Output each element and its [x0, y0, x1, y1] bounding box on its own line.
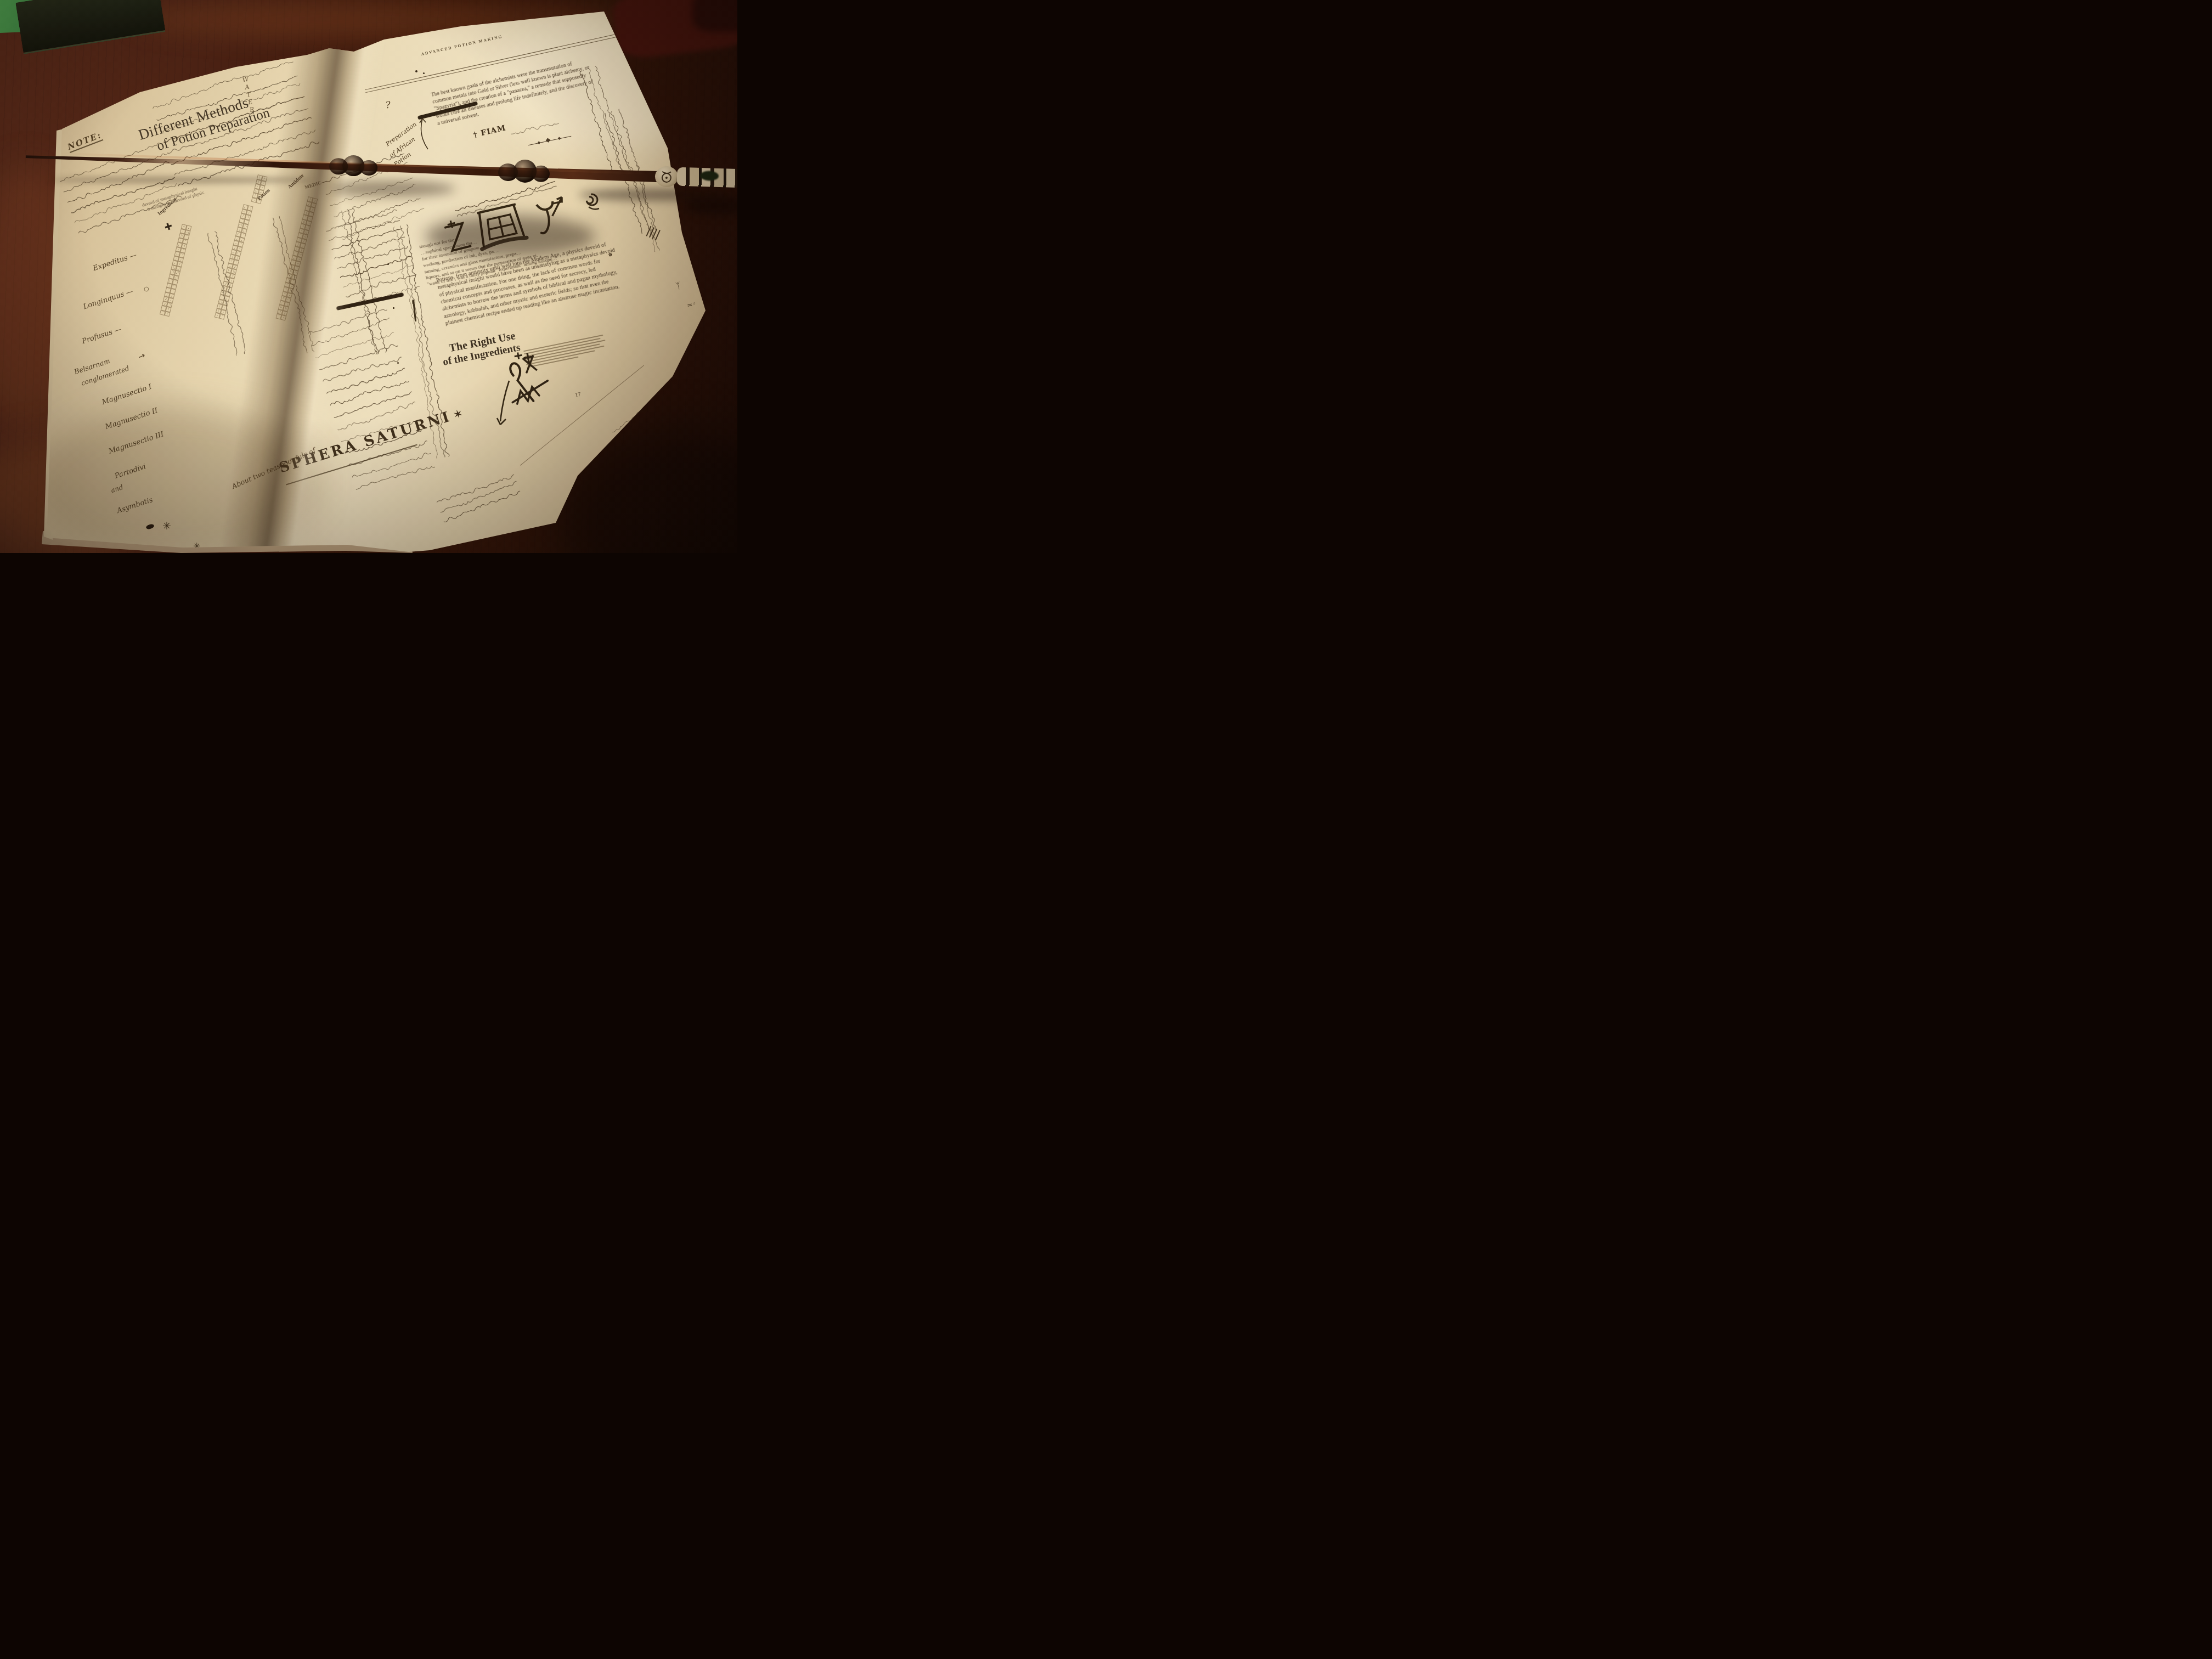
gutter-ink-dot: [397, 362, 399, 364]
wand-carved-ball: [654, 166, 678, 187]
curved-arrow-annotation: [414, 113, 432, 151]
long-down-arrow: [493, 379, 515, 429]
ink-dot: [423, 72, 425, 74]
gutter-ink-dot: [387, 263, 389, 265]
ball-symbol: [654, 166, 678, 187]
dark-object-corner: [692, 0, 737, 32]
asterisk-doodle: ✳: [162, 520, 171, 532]
ink-dot: [415, 70, 417, 72]
page-number: 17: [574, 391, 582, 399]
gutter-ink-dot: [393, 307, 394, 309]
wand-knob-cluster: [498, 157, 551, 184]
gutter-ink-dot: [403, 428, 404, 430]
photo-scene: NOTE: WATER Different Methods of Potion …: [0, 0, 737, 553]
wand-knob-cluster: [329, 154, 380, 178]
